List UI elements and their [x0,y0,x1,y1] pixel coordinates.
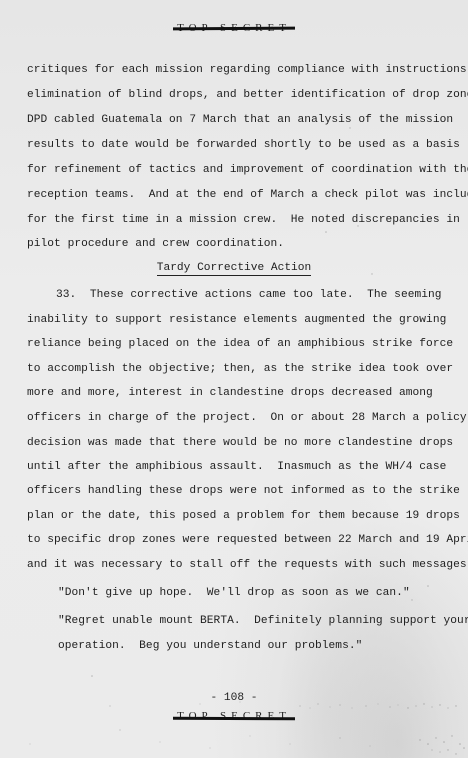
body-line: officers in charge of the project. On or… [27,411,467,425]
body-line: officers handling these drops were not i… [27,484,460,498]
classification-top-text: TOP SECRET [175,22,293,34]
body-line: plan or the date, this posed a problem f… [27,509,460,523]
body-line: elimination of blind drops, and better i… [27,88,468,102]
body-line: critiques for each mission regarding com… [27,63,468,77]
body-line: to specific drop zones were requested be… [27,533,468,547]
classification-marking-top: TOP SECRET [0,22,468,34]
classification-bottom-text: TOP SECRET [175,710,293,722]
page-number: - 108 - [0,691,468,705]
quoted-message-continued: operation. Beg you understand our proble… [58,639,362,653]
classification-marking-bottom: TOP SECRET [0,710,468,722]
body-line: reliance being placed on the idea of an … [27,337,453,351]
paragraph-33-first-line: 33. These corrective actions came too la… [56,288,442,302]
body-line: for refinement of tactics and improvemen… [27,163,468,177]
document-page: TOP SECRET critiques for each mission re… [0,0,468,758]
body-line: and it was necessary to stall off the re… [27,558,468,572]
body-line: DPD cabled Guatemala on 7 March that an … [27,113,453,127]
body-line: to accomplish the objective; then, as th… [27,362,453,376]
section-heading: Tardy Corrective Action [0,261,468,275]
section-heading-text: Tardy Corrective Action [157,262,311,276]
body-line: inability to support resistance elements… [27,313,446,327]
quoted-message: "Regret unable mount BERTA. Definitely p… [58,614,468,628]
quoted-message: "Don't give up hope. We'll drop as soon … [58,586,410,600]
body-line: decision was made that there would be no… [27,436,453,450]
body-line: for the first time in a mission crew. He… [27,213,460,227]
body-line: reception teams. And at the end of March… [27,188,468,202]
body-line: until after the amphibious assault. Inas… [27,460,446,474]
body-line: more and more, interest in clandestine d… [27,386,433,400]
body-line: results to date would be forwarded short… [27,138,460,152]
body-line: pilot procedure and crew coordination. [27,237,284,251]
